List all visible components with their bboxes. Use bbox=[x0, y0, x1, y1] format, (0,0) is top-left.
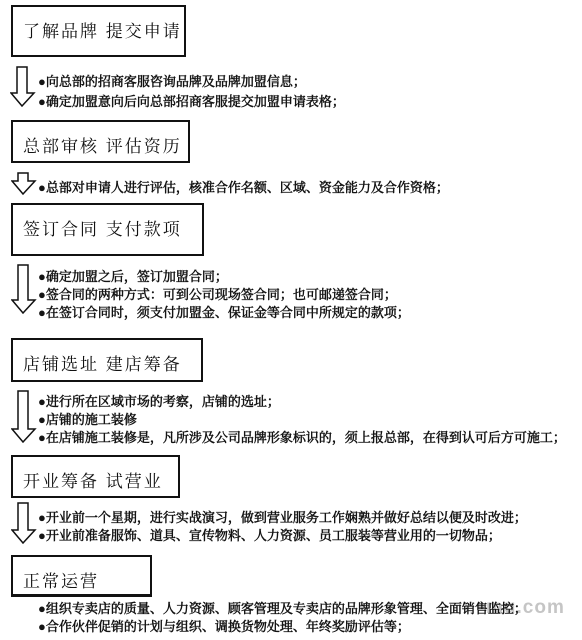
step-bullet: ●确定加盟之后，签订加盟合同； bbox=[38, 266, 228, 285]
step-title: 开业筹备 试营业 bbox=[23, 472, 163, 491]
franchise-flowchart: 了解品牌 提交申请 ●向总部的招商客服咨询品牌及品牌加盟信息； ●确定加盟意向后… bbox=[0, 0, 582, 640]
step-bullet: ●开业前一个星期，进行实战演习，做到营业服务工作娴熟并做好总结以便及时改进； bbox=[38, 507, 527, 526]
down-arrow-icon bbox=[10, 66, 36, 107]
step-bullet: ●合作伙伴促销的计划与组织、调换货物处理、年终奖励评估等； bbox=[38, 616, 410, 635]
step-bullet: ●组织专卖店的质量、人力资源、顾客管理及专卖店的品牌形象管理、全面销售监控； bbox=[38, 598, 527, 617]
flow-step-box-2: 总部审核 评估资历 bbox=[11, 120, 190, 163]
flow-step-box-4: 店铺选址 建店筹备 bbox=[11, 338, 203, 382]
flow-step-box-3: 签订合同 支付款项 bbox=[11, 203, 204, 256]
step-title: 了解品牌 提交申请 bbox=[23, 22, 182, 41]
flow-step-box-5: 开业筹备 试营业 bbox=[11, 455, 180, 498]
step-title: 店铺选址 建店筹备 bbox=[23, 355, 182, 374]
step-bullet: ●开业前准备服饰、道具、宣传物料、人力资源、员工服装等营业用的一切物品； bbox=[38, 525, 501, 544]
flow-step-box-6: 正常运营 bbox=[11, 555, 152, 597]
step-title: 签订合同 支付款项 bbox=[23, 220, 182, 239]
down-arrow-icon bbox=[11, 172, 37, 195]
step-bullet: ●在店铺施工装修是，凡所涉及公司品牌形象标识的，须上报总部，在得到认可后方可施工… bbox=[38, 427, 566, 446]
step-title: 正常运营 bbox=[23, 572, 99, 591]
down-arrow-icon bbox=[11, 264, 37, 314]
down-arrow-icon bbox=[11, 502, 37, 544]
step-title: 总部审核 评估资历 bbox=[23, 137, 182, 156]
step-bullet: ●在签订合同时，须支付加盟金、保证金等合同中所规定的款项； bbox=[38, 302, 410, 321]
flow-step-box-1: 了解品牌 提交申请 bbox=[11, 5, 186, 57]
step-bullet: ●店铺的施工装修 bbox=[38, 409, 137, 428]
step-bullet: ●向总部的招商客服咨询品牌及品牌加盟信息； bbox=[38, 71, 306, 90]
step-bullet: ●进行所在区域市场的考察，店铺的选址； bbox=[38, 391, 280, 410]
down-arrow-icon bbox=[11, 390, 37, 443]
step-bullet: ●总部对申请人进行评估，核准合作名额、区域、资金能力及合作资格； bbox=[38, 177, 449, 196]
step-bullet: ●签合同的两种方式：可到公司现场签合同；也可邮递签合同； bbox=[38, 284, 397, 303]
step-bullet: ●确定加盟意向后向总部招商客服提交加盟申请表格； bbox=[38, 91, 345, 110]
